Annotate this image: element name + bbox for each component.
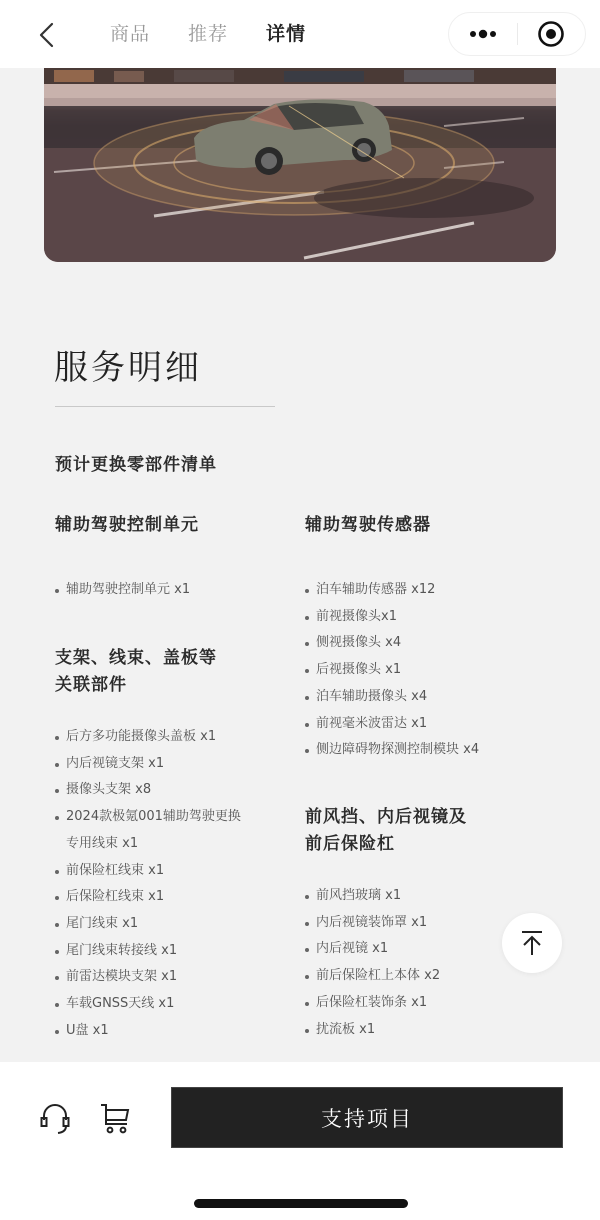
list-item: 侧边障碍物探测控制模块 x4 bbox=[305, 737, 565, 764]
list-item: 前视毫米波雷达 x1 bbox=[305, 711, 565, 738]
tab-products[interactable]: 商品 bbox=[110, 19, 150, 46]
parts-list: 后方多功能摄像头盖板 x1 内后视镜支架 x1 摄像头支架 x8 2024款极氪… bbox=[55, 724, 295, 1044]
list-item: 辅助驾驶控制单元 x1 bbox=[55, 577, 285, 604]
list-item-line1: 2024款极氪001辅助驾驶更换 bbox=[66, 804, 295, 831]
group-title: 支架、线束、盖板等 bbox=[55, 645, 295, 672]
tab-recommend[interactable]: 推荐 bbox=[188, 19, 228, 46]
top-nav-bar: 商品 推荐 详情 bbox=[0, 0, 600, 68]
hero-car-image bbox=[44, 68, 556, 262]
list-item: 尾门线束转接线 x1 bbox=[55, 938, 295, 965]
group-title: 辅助驾驶控制单元 bbox=[55, 512, 285, 539]
more-dots-icon bbox=[468, 29, 498, 39]
home-indicator bbox=[194, 1199, 408, 1208]
headset-icon bbox=[37, 1100, 73, 1136]
more-button[interactable] bbox=[449, 13, 517, 55]
group-title: 辅助驾驶传感器 bbox=[305, 512, 565, 539]
list-item: 前视摄像头x1 bbox=[305, 604, 565, 631]
group-title-line2: 前后保险杠 bbox=[305, 831, 565, 858]
group-adas-control-unit: 辅助驾驶控制单元 辅助驾驶控制单元 x1 bbox=[55, 512, 285, 604]
chevron-left-icon bbox=[34, 20, 62, 50]
section-title: 服务明细 bbox=[54, 340, 202, 389]
back-to-top-button[interactable] bbox=[502, 913, 562, 973]
list-item: 内后视镜支架 x1 bbox=[55, 751, 295, 778]
group-title-line2: 关联部件 bbox=[55, 672, 295, 699]
customer-service-button[interactable] bbox=[37, 1100, 73, 1136]
list-item: 扰流板 x1 bbox=[305, 1017, 565, 1044]
list-item: 泊车辅助摄像头 x4 bbox=[305, 684, 565, 711]
back-button[interactable] bbox=[34, 20, 62, 50]
list-item: 后方多功能摄像头盖板 x1 bbox=[55, 724, 295, 751]
list-item: 泊车辅助传感器 x12 bbox=[305, 577, 565, 604]
list-item: 后视摄像头 x1 bbox=[305, 657, 565, 684]
miniprogram-capsule bbox=[448, 12, 586, 56]
parts-list: 泊车辅助传感器 x12 前视摄像头x1 侧视摄像头 x4 后视摄像头 x1 泊车… bbox=[305, 577, 565, 764]
cart-button[interactable] bbox=[97, 1100, 133, 1136]
parts-list-subtitle: 预计更换零部件清单 bbox=[55, 450, 217, 475]
list-item: U盘 x1 bbox=[55, 1018, 295, 1045]
arrow-up-to-top-icon bbox=[519, 929, 545, 957]
list-item: 2024款极氪001辅助驾驶更换 专用线束 x1 bbox=[55, 804, 295, 857]
group-title: 前风挡、内后视镜及 bbox=[305, 804, 565, 831]
list-item: 后保险杠装饰条 x1 bbox=[305, 990, 565, 1017]
group-brackets-harness: 支架、线束、盖板等 关联部件 后方多功能摄像头盖板 x1 内后视镜支架 x1 摄… bbox=[55, 645, 295, 1044]
section-divider bbox=[55, 406, 275, 407]
target-circle-icon bbox=[537, 20, 565, 48]
list-item: 后保险杠线束 x1 bbox=[55, 884, 295, 911]
support-project-button[interactable]: 支持项目 bbox=[171, 1087, 563, 1148]
tab-details[interactable]: 详情 bbox=[266, 19, 306, 46]
cart-icon bbox=[97, 1100, 133, 1136]
list-item: 尾门线束 x1 bbox=[55, 911, 295, 938]
list-item: 前雷达模块支架 x1 bbox=[55, 964, 295, 991]
list-item: 侧视摄像头 x4 bbox=[305, 630, 565, 657]
list-item: 前风挡玻璃 x1 bbox=[305, 883, 565, 910]
parts-list: 辅助驾驶控制单元 x1 bbox=[55, 577, 285, 604]
car-sensor-illustration bbox=[44, 68, 556, 262]
close-miniprogram-button[interactable] bbox=[518, 13, 586, 55]
list-item: 摄像头支架 x8 bbox=[55, 777, 295, 804]
nav-tabs: 商品 推荐 详情 bbox=[110, 19, 306, 46]
list-item: 车载GNSS天线 x1 bbox=[55, 991, 295, 1018]
group-adas-sensors: 辅助驾驶传感器 泊车辅助传感器 x12 前视摄像头x1 侧视摄像头 x4 后视摄… bbox=[305, 512, 565, 764]
list-item: 前保险杠线束 x1 bbox=[55, 858, 295, 885]
list-item-line2: 专用线束 x1 bbox=[66, 831, 295, 858]
